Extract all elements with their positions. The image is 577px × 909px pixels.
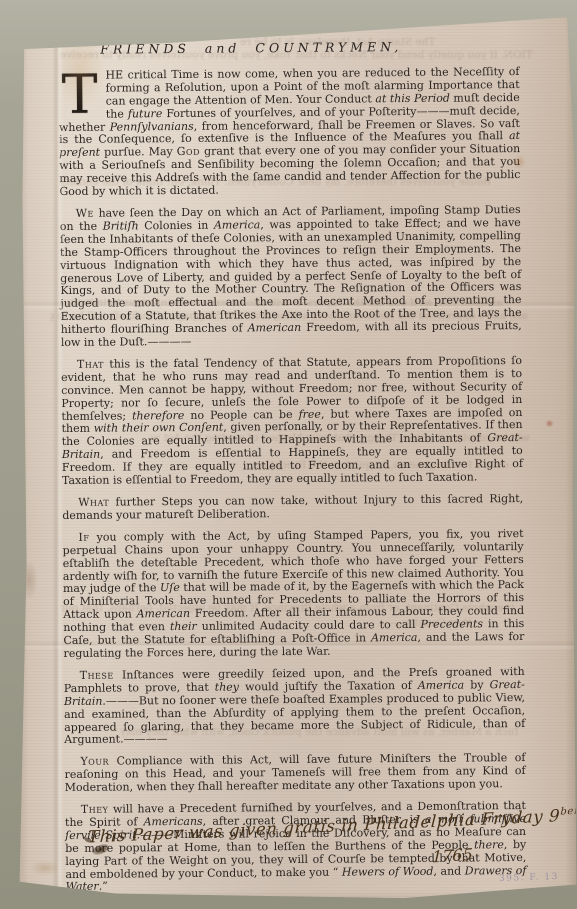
lead-word: That <box>77 358 104 371</box>
paragraph-6: These Inſtances were greedily ſeized upo… <box>64 666 526 747</box>
broadside-paper-sheet: The Stamp Act, therefore, is to be re TI… <box>0 0 577 909</box>
lead-word: These <box>80 668 114 681</box>
document-title: FRIENDS and COUNTRYMEN, <box>100 40 519 57</box>
printed-text-column: FRIENDS and COUNTRYMEN, THE critical Tim… <box>58 40 527 909</box>
drop-cap-initial: T <box>58 73 100 121</box>
stain <box>30 860 60 876</box>
paragraph-3: That this is the fatal Tendency of that … <box>61 355 523 488</box>
catchword: The <box>66 898 523 909</box>
lead-word: What <box>78 496 109 509</box>
shelfmark-label: 395. F. 13 <box>499 872 559 884</box>
inscription-superscript: ber <box>560 806 577 818</box>
lead-word: If <box>78 531 89 544</box>
stain <box>20 560 38 600</box>
paragraph-7: Your Compliance with this Act, will ſave… <box>64 752 525 795</box>
lead-word: Your <box>80 755 109 768</box>
paragraph-4: What further Steps you can now take, wit… <box>62 493 523 523</box>
stain <box>545 420 554 427</box>
paragraph-1: THE critical Time is now come, when you … <box>58 66 520 199</box>
lead-word: We <box>76 207 94 220</box>
photograph-of-broadside: { "page": { "title": "FRIENDS and COUNTR… <box>0 0 577 909</box>
stain <box>2 108 16 134</box>
paragraph-2: We have ſeen the Day on which an Act of … <box>60 204 522 350</box>
lead-word: They <box>81 803 109 816</box>
corrected-year: 1765 <box>432 845 473 867</box>
paragraph-5: If you comply with the Act, by uſing Sta… <box>62 528 524 661</box>
